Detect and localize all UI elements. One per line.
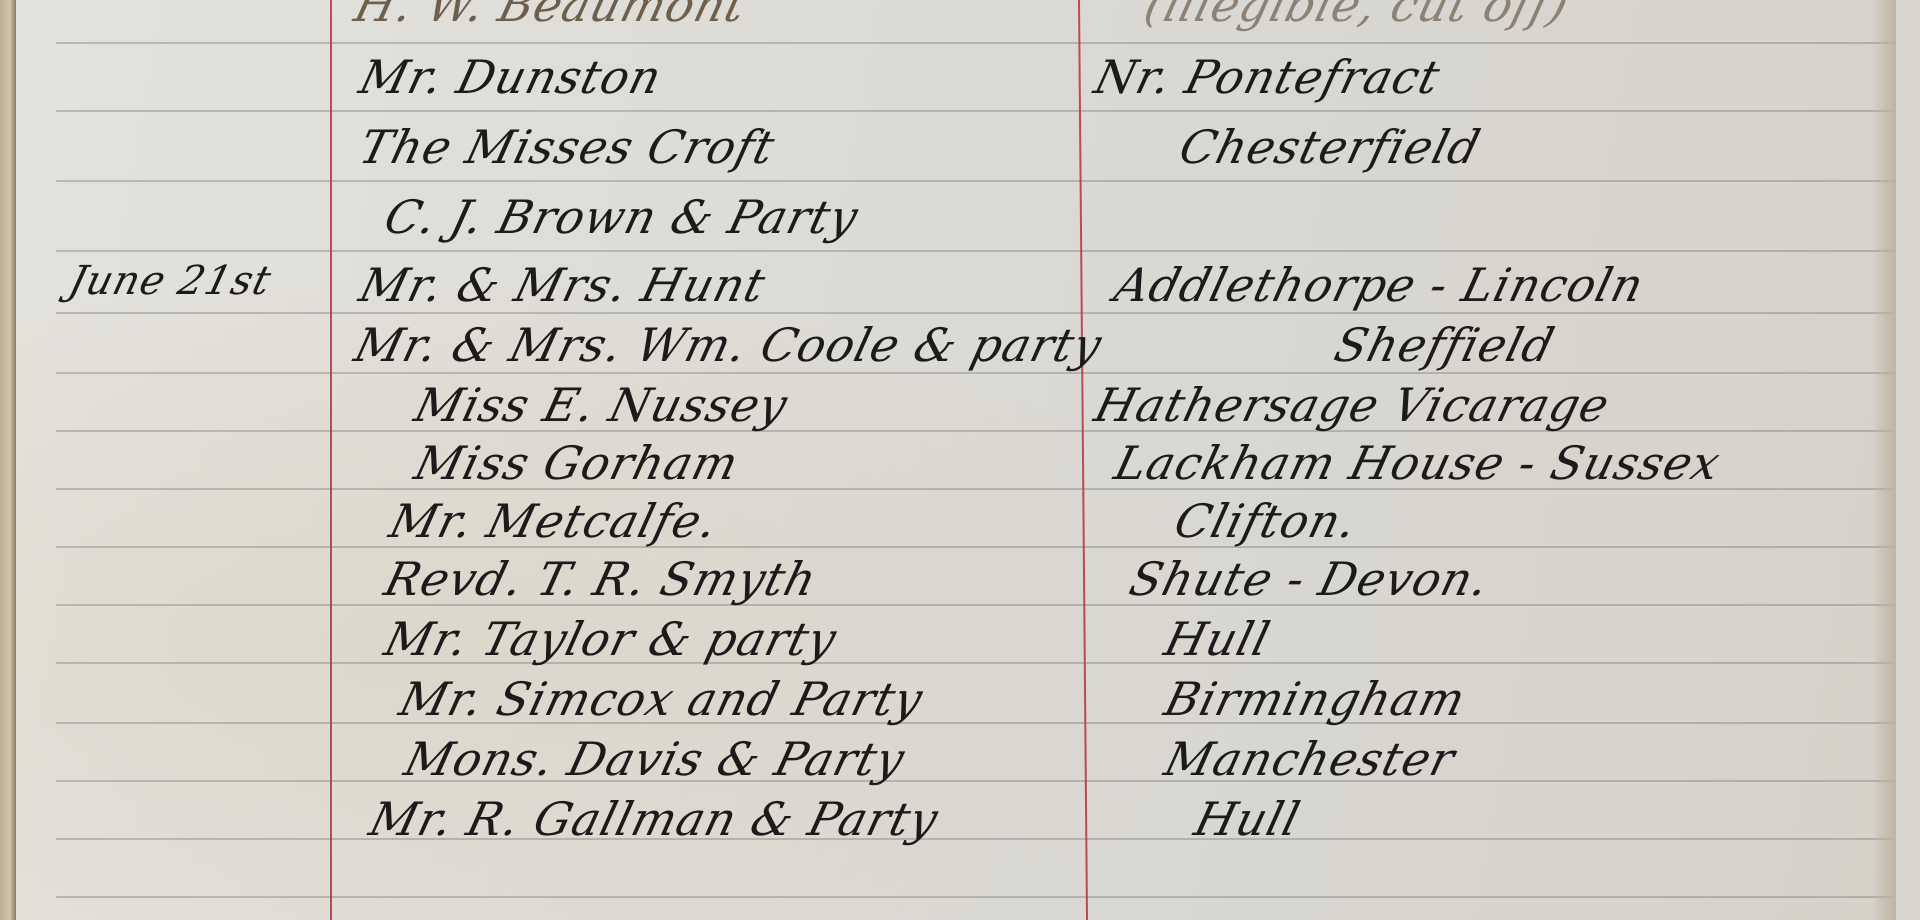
register-entry: Mr. Metcalfe. Clifton.	[16, 494, 1896, 558]
register-entry: Miss Gorham Lackham House - Sussex	[16, 436, 1896, 500]
ledger-page: H. W. Beaumont (illegible, cut off) Mr. …	[16, 0, 1896, 920]
guest-name: Mons. Davis & Party	[399, 732, 910, 786]
guest-address: Clifton.	[1169, 494, 1363, 548]
guest-name: Mr. Dunston	[354, 50, 667, 104]
guest-address: Hathersage Vicarage	[1089, 378, 1615, 432]
guest-name: Mr. Metcalfe.	[384, 494, 723, 548]
guest-name: Mr. & Mrs. Wm. Coole & party	[349, 318, 1107, 372]
guest-name: The Misses Croft	[354, 120, 780, 174]
guest-address: Chesterfield	[1174, 120, 1486, 174]
guest-address: Birmingham	[1159, 672, 1471, 726]
guest-address: Nr. Pontefract	[1089, 50, 1446, 104]
register-entry: The Misses Croft Chesterfield	[16, 120, 1896, 184]
register-entry: Mr. & Mrs. Wm. Coole & party Sheffield	[16, 318, 1896, 382]
guest-name: C. J. Brown & Party	[379, 190, 864, 244]
guest-name: Mr. & Mrs. Hunt	[354, 258, 771, 312]
guest-name: Mr. Taylor & party	[379, 612, 842, 666]
register-entry: Revd. T. R. Smyth Shute - Devon.	[16, 552, 1896, 616]
guest-address: Addlethorpe - Lincoln	[1109, 258, 1649, 312]
guest-name: H. W. Beaumont	[349, 0, 752, 32]
guest-address: Hull	[1189, 792, 1306, 846]
guest-name: Miss Gorham	[409, 436, 744, 490]
guest-name: Miss E. Nussey	[409, 378, 793, 432]
guest-name: Mr. R. Gallman & Party	[364, 792, 944, 846]
register-entry: Mr. Simcox and Party Birmingham	[16, 672, 1896, 736]
register-entry: Mr. R. Gallman & Party Hull	[16, 792, 1896, 856]
entry-date: June 21st	[64, 258, 276, 304]
guest-address: Shute - Devon.	[1124, 552, 1495, 606]
register-entry: H. W. Beaumont (illegible, cut off)	[16, 0, 1896, 42]
guest-address: Sheffield	[1329, 318, 1560, 372]
guest-name: Mr. Simcox and Party	[394, 672, 929, 726]
register-entry: C. J. Brown & Party	[16, 190, 1896, 254]
guest-name: Revd. T. R. Smyth	[379, 552, 822, 606]
guest-address: Manchester	[1159, 732, 1461, 786]
ruled-line	[56, 42, 1896, 44]
register-entry: June 21st Mr. & Mrs. Hunt Addlethorpe - …	[16, 258, 1896, 322]
register-entry: Miss E. Nussey Hathersage Vicarage	[16, 378, 1896, 442]
ruled-line	[56, 896, 1896, 898]
register-entry: Mr. Taylor & party Hull	[16, 612, 1896, 676]
guest-address: (illegible, cut off)	[1139, 0, 1575, 32]
book-spine	[0, 0, 16, 920]
guest-address: Lackham House - Sussex	[1109, 436, 1726, 490]
register-entry: Mons. Davis & Party Manchester	[16, 732, 1896, 796]
register-entry: Mr. Dunston Nr. Pontefract	[16, 50, 1896, 114]
guest-address: Hull	[1159, 612, 1276, 666]
